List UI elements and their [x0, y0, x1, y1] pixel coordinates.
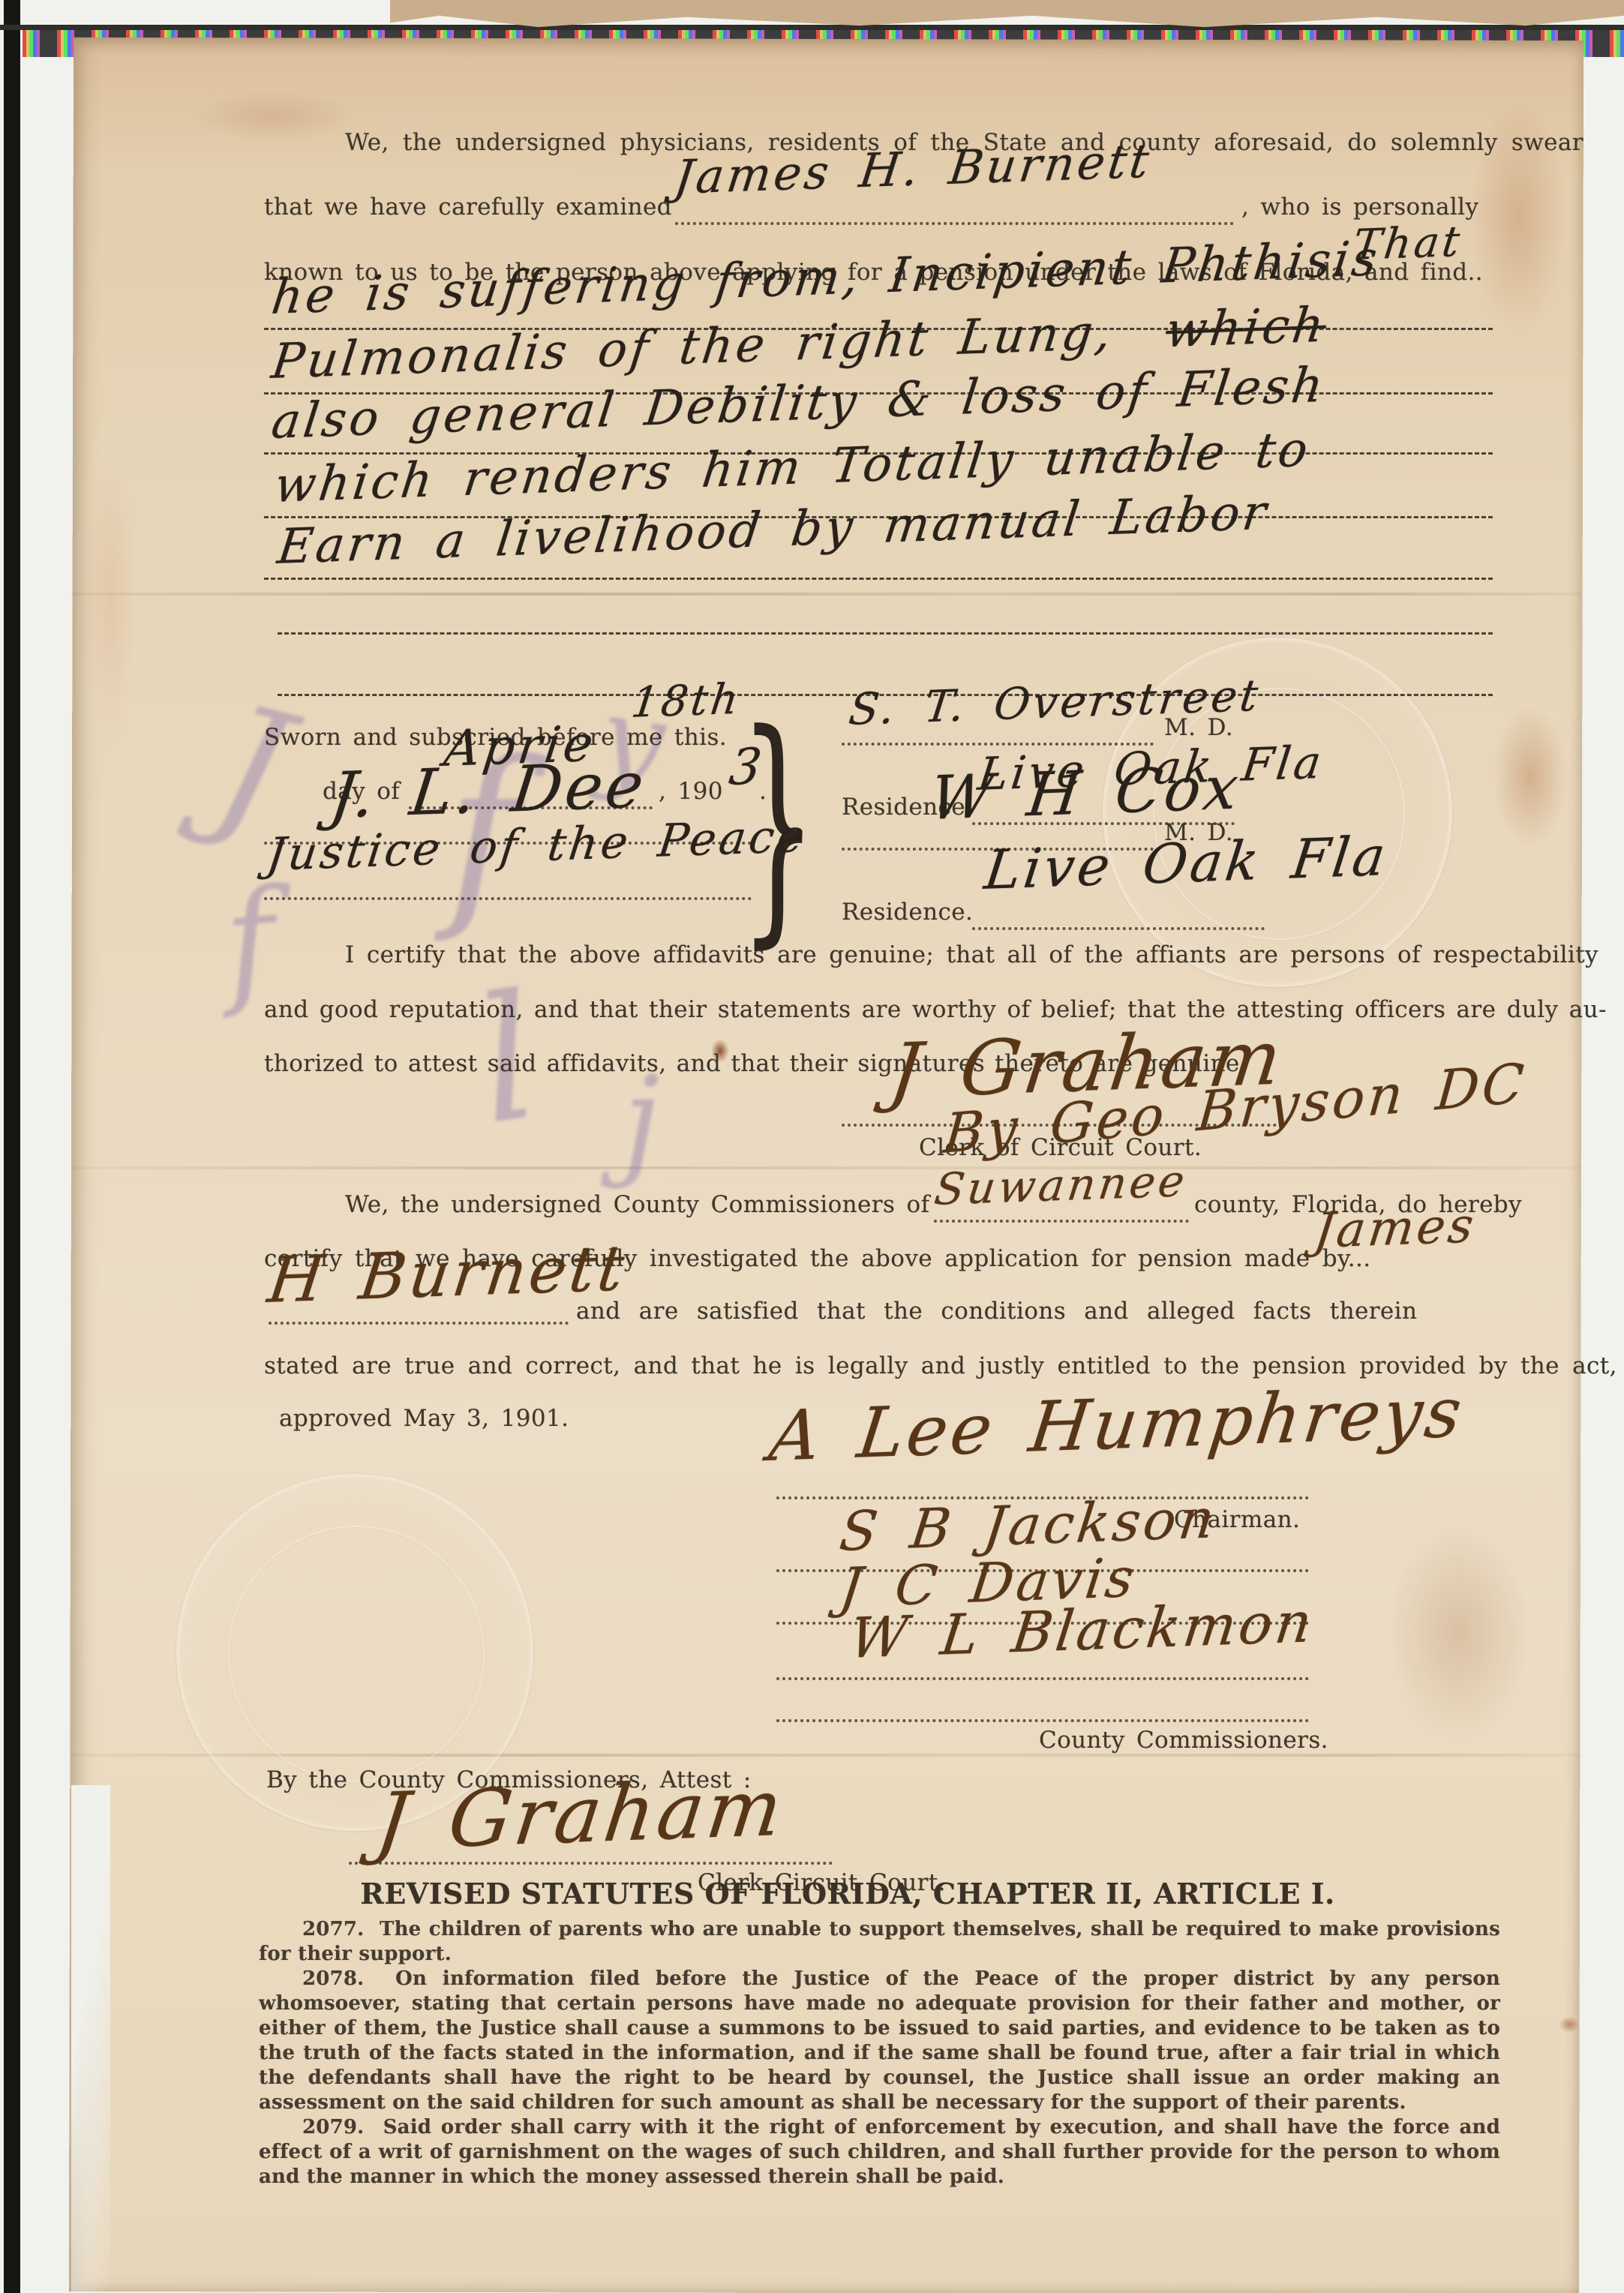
- struck-word: which: [1163, 298, 1330, 359]
- county-handwriting: Suwannee: [932, 1155, 1190, 1215]
- year-digit-handwriting: 3: [726, 737, 767, 797]
- signature-line: [264, 897, 752, 900]
- signature-line: [776, 1677, 1309, 1680]
- ruled-line: [264, 578, 1493, 580]
- fold-crease: [71, 593, 1581, 596]
- fill-in-line: [972, 927, 1265, 930]
- stain: [1493, 705, 1568, 848]
- ruled-line: [278, 632, 1493, 635]
- statute-2078: 2078. On information filed before the Ju…: [259, 1967, 1500, 2115]
- stain: [1388, 1523, 1530, 1740]
- stain: [84, 450, 137, 750]
- clerk-cert-line-2: and good reputation, and that their stat…: [264, 996, 1607, 1023]
- clerk-cert-line-1: I certify that the above affidavits are …: [345, 941, 1598, 968]
- statutes-heading: REVISED STATUTES OF FLORIDA, CHAPTER II,…: [225, 1877, 1470, 1910]
- affidavit-line-2-after: , who is personally: [1241, 194, 1478, 221]
- commission-line-1-before: We, the undersigned County Commissioners…: [345, 1191, 929, 1218]
- paper-left-edge: [71, 1785, 110, 2293]
- commission-line-5: approved May 3, 1901.: [279, 1405, 569, 1432]
- stain: [1559, 2016, 1580, 2033]
- fold-crease: [71, 1166, 1581, 1169]
- physician-signature-2: W H Cox: [926, 752, 1245, 833]
- day-handwriting: 18th: [629, 675, 744, 728]
- signature-line: [776, 1719, 1309, 1722]
- year-prefix: , 190: [659, 778, 723, 805]
- fill-in-line: [269, 1322, 569, 1325]
- affidavit-line-2-before: that we have carefully examined: [264, 194, 672, 221]
- statute-2077: 2077. The children of parents who are un…: [259, 1917, 1500, 1967]
- residence-label-2: Residence.: [842, 899, 973, 926]
- statutes-text: 2077. The children of parents who are un…: [259, 1917, 1500, 2189]
- applicant-first-handwriting: James: [1311, 1198, 1479, 1259]
- attest-signature: J Graham: [371, 1761, 790, 1868]
- scanner-glass-line: [0, 25, 1624, 30]
- stain: [191, 90, 356, 143]
- commission-line-3-after: and are satisfied that the conditions an…: [576, 1298, 1417, 1325]
- scanner-edge-bar: [4, 0, 20, 2293]
- statute-2079: 2079. Said order shall carry with it the…: [259, 2115, 1500, 2189]
- fill-in-line: [675, 222, 1234, 225]
- county-commissioners-label: County Commissioners.: [1039, 1727, 1328, 1754]
- applicant-rest-handwriting: H Burnett: [264, 1231, 631, 1317]
- scanned-document: J f y l f j We, the undersigned physicia…: [0, 0, 1624, 2293]
- fill-in-line: [934, 1220, 1189, 1223]
